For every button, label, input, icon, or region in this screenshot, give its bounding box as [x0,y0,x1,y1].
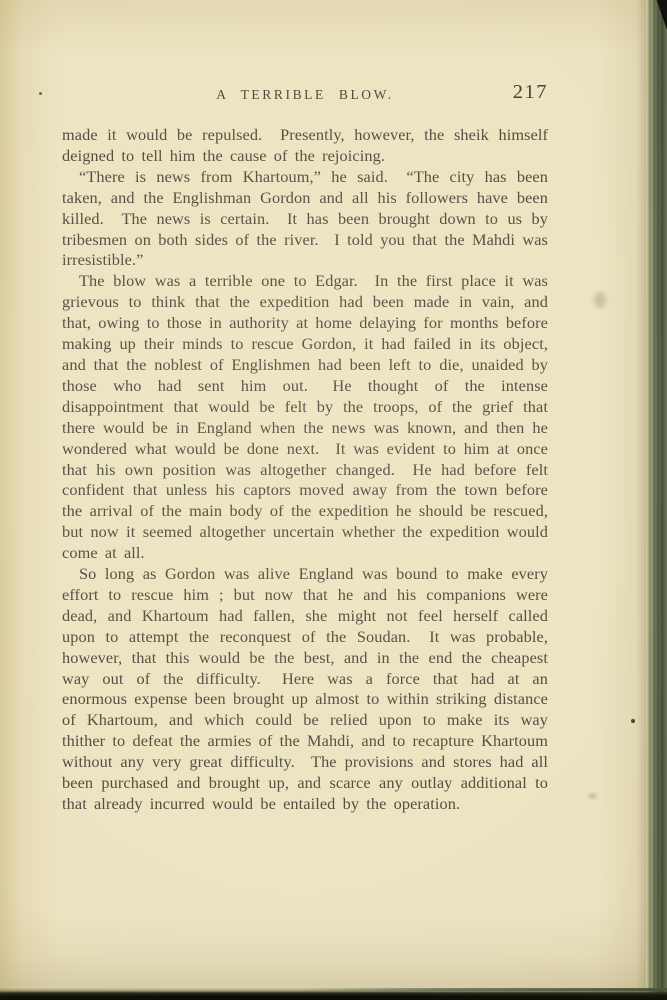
book-page-scan: A TERRIBLE BLOW. 217 made it would be re… [0,0,667,1000]
stain-speck [39,92,42,95]
running-header-title: A TERRIBLE BLOW. [216,87,393,102]
page-number: 217 [513,81,548,104]
running-header: A TERRIBLE BLOW. 217 [62,86,548,108]
page-edge-fold [636,0,646,1000]
paragraph: “There is news from Khartoum,” he said. … [62,167,548,272]
book-fore-edge [644,0,667,1000]
stain-smudge [594,292,606,308]
paragraph: The blow was a terrible one to Edgar. In… [62,271,548,564]
stain-speck [631,719,635,723]
stain-smudge [588,793,597,799]
paragraph: made it would be repulsed. Presently, ho… [62,125,548,167]
page-content: A TERRIBLE BLOW. 217 made it would be re… [62,86,548,815]
paragraph: So long as Gordon was alive England was … [62,564,548,815]
bottom-shadow [0,988,667,1000]
